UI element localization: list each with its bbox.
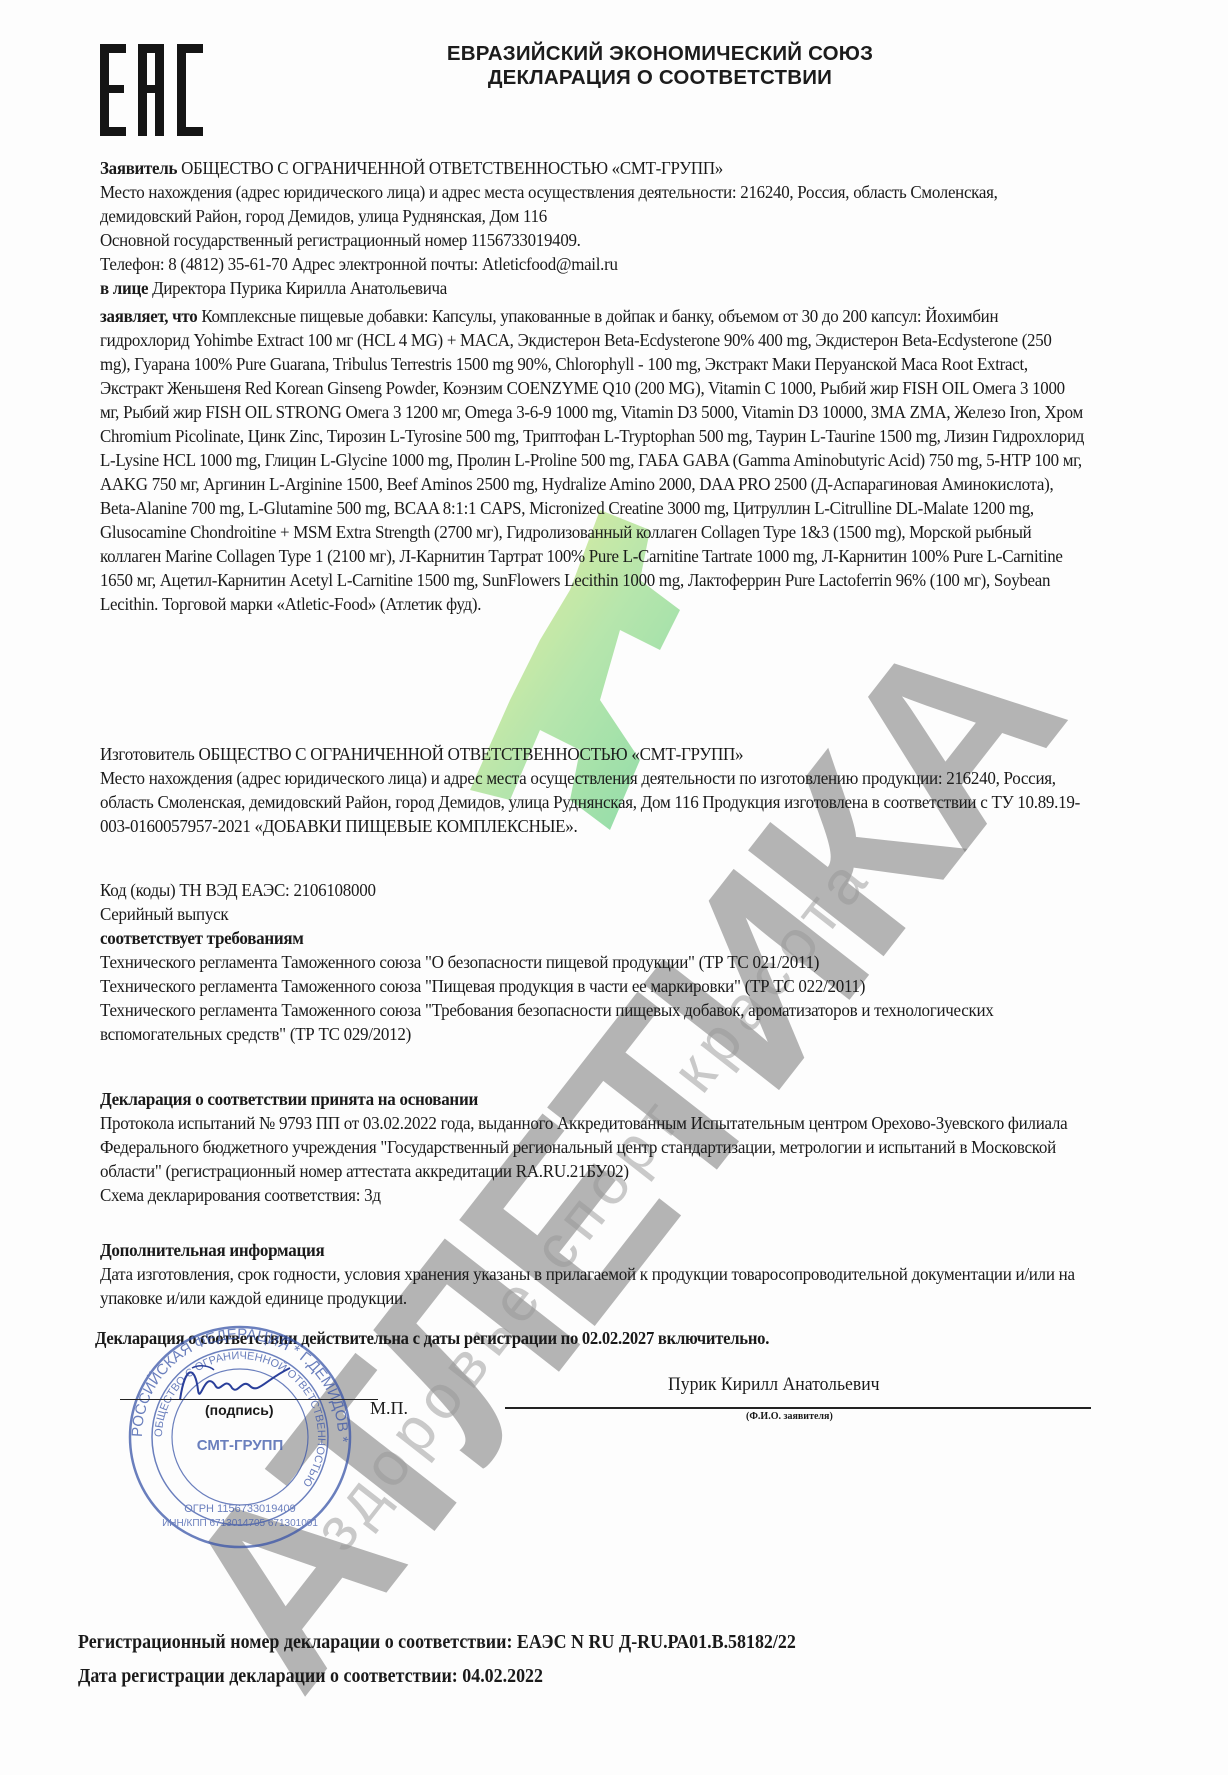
svg-text:ОГРН 1156733019409: ОГРН 1156733019409 bbox=[184, 1503, 296, 1515]
manufacturer-name: ОБЩЕСТВО С ОГРАНИЧЕННОЙ ОТВЕТСТВЕННОСТЬЮ… bbox=[195, 744, 744, 764]
represented-label: в лице bbox=[100, 278, 148, 298]
name-line bbox=[505, 1407, 1091, 1409]
declares-label: заявляет, что bbox=[100, 306, 197, 326]
applicant-name: ОБЩЕСТВО С ОГРАНИЧЕННОЙ ОТВЕТСТВЕННОСТЬЮ… bbox=[177, 158, 723, 178]
applicant-ogrn: Основной государственный регистрационный… bbox=[100, 228, 1030, 252]
requirement-item: Технического регламента Таможенного союз… bbox=[100, 998, 1100, 1046]
signature-line bbox=[120, 1399, 378, 1400]
applicant-contacts: Телефон: 8 (4812) 35-61-70 Адрес электро… bbox=[100, 252, 1030, 276]
registration-date: Дата регистрации декларации о соответств… bbox=[78, 1666, 543, 1688]
requirements-label: соответствует требованиям bbox=[100, 926, 1100, 950]
eac-logo-icon bbox=[100, 44, 205, 136]
additional-info-text: Дата изготовления, срок годности, услови… bbox=[100, 1262, 1100, 1310]
codes-section: Код (коды) ТН ВЭД ЕАЭС: 2106108000 Серий… bbox=[100, 878, 1100, 1046]
svg-text:ИНН/КПП 6713014705 671301001: ИНН/КПП 6713014705 671301001 bbox=[162, 1518, 318, 1529]
manufacturer-label: Изготовитель bbox=[100, 744, 195, 764]
declaration-scheme: Схема декларирования соответствия: 3д bbox=[100, 1183, 1100, 1207]
manufacturer-section: Изготовитель ОБЩЕСТВО С ОГРАНИЧЕННОЙ ОТВ… bbox=[100, 742, 1100, 838]
basis-text: Протокола испытаний № 9793 ПП от 03.02.2… bbox=[100, 1111, 1100, 1183]
tn-ved-code: Код (коды) ТН ВЭД ЕАЭС: 2106108000 bbox=[100, 878, 1100, 902]
signatory-name: Пурик Кирилл Анатольевич bbox=[668, 1374, 880, 1396]
declaration-section: заявляет, что Комплексные пищевые добавк… bbox=[100, 304, 1086, 616]
applicant-section: Заявитель ОБЩЕСТВО С ОГРАНИЧЕННОЙ ОТВЕТС… bbox=[100, 156, 1030, 300]
requirement-item: Технического регламента Таможенного союз… bbox=[100, 950, 1100, 974]
manufacturer-address: Место нахождения (адрес юридического лиц… bbox=[100, 766, 1100, 838]
company-stamp-icon: РОССИЙСКАЯ ФЕДЕРАЦИЯ * Г.ДЕМИДОВ * ОБЩЕС… bbox=[125, 1322, 355, 1552]
basis-section: Декларация о соответствии принята на осн… bbox=[100, 1087, 1100, 1207]
signature-caption: (подпись) bbox=[205, 1402, 274, 1418]
header-document-title: ДЕКЛАРАЦИЯ О СООТВЕТСТВИИ bbox=[360, 66, 960, 90]
declaration-page: АТЛЕТИКА здоровье спорт красота ЕВРАЗИЙС… bbox=[0, 0, 1228, 1775]
document-header: ЕВРАЗИЙСКИЙ ЭКОНОМИЧЕСКИЙ СОЮЗ ДЕКЛАРАЦИ… bbox=[360, 42, 960, 90]
applicant-address: Место нахождения (адрес юридического лиц… bbox=[100, 180, 1030, 228]
svg-text:СМТ-ГРУПП: СМТ-ГРУПП bbox=[197, 1437, 284, 1454]
seal-place-label: М.П. bbox=[370, 1398, 408, 1419]
represented-by: Директора Пурика Кирилла Анатольевича bbox=[148, 278, 447, 298]
header-union-title: ЕВРАЗИЙСКИЙ ЭКОНОМИЧЕСКИЙ СОЮЗ bbox=[360, 42, 960, 66]
requirement-item: Технического регламента Таможенного союз… bbox=[100, 974, 1100, 998]
release-type: Серийный выпуск bbox=[100, 902, 1100, 926]
product-list: Комплексные пищевые добавки: Капсулы, уп… bbox=[100, 306, 1084, 614]
additional-info-section: Дополнительная информация Дата изготовле… bbox=[100, 1238, 1100, 1310]
additional-info-label: Дополнительная информация bbox=[100, 1238, 1100, 1262]
registration-number: Регистрационный номер декларации о соотв… bbox=[78, 1632, 796, 1654]
applicant-label: Заявитель bbox=[100, 158, 177, 178]
basis-label: Декларация о соответствии принята на осн… bbox=[100, 1087, 1100, 1111]
fio-caption: (Ф.И.О. заявителя) bbox=[746, 1411, 833, 1422]
